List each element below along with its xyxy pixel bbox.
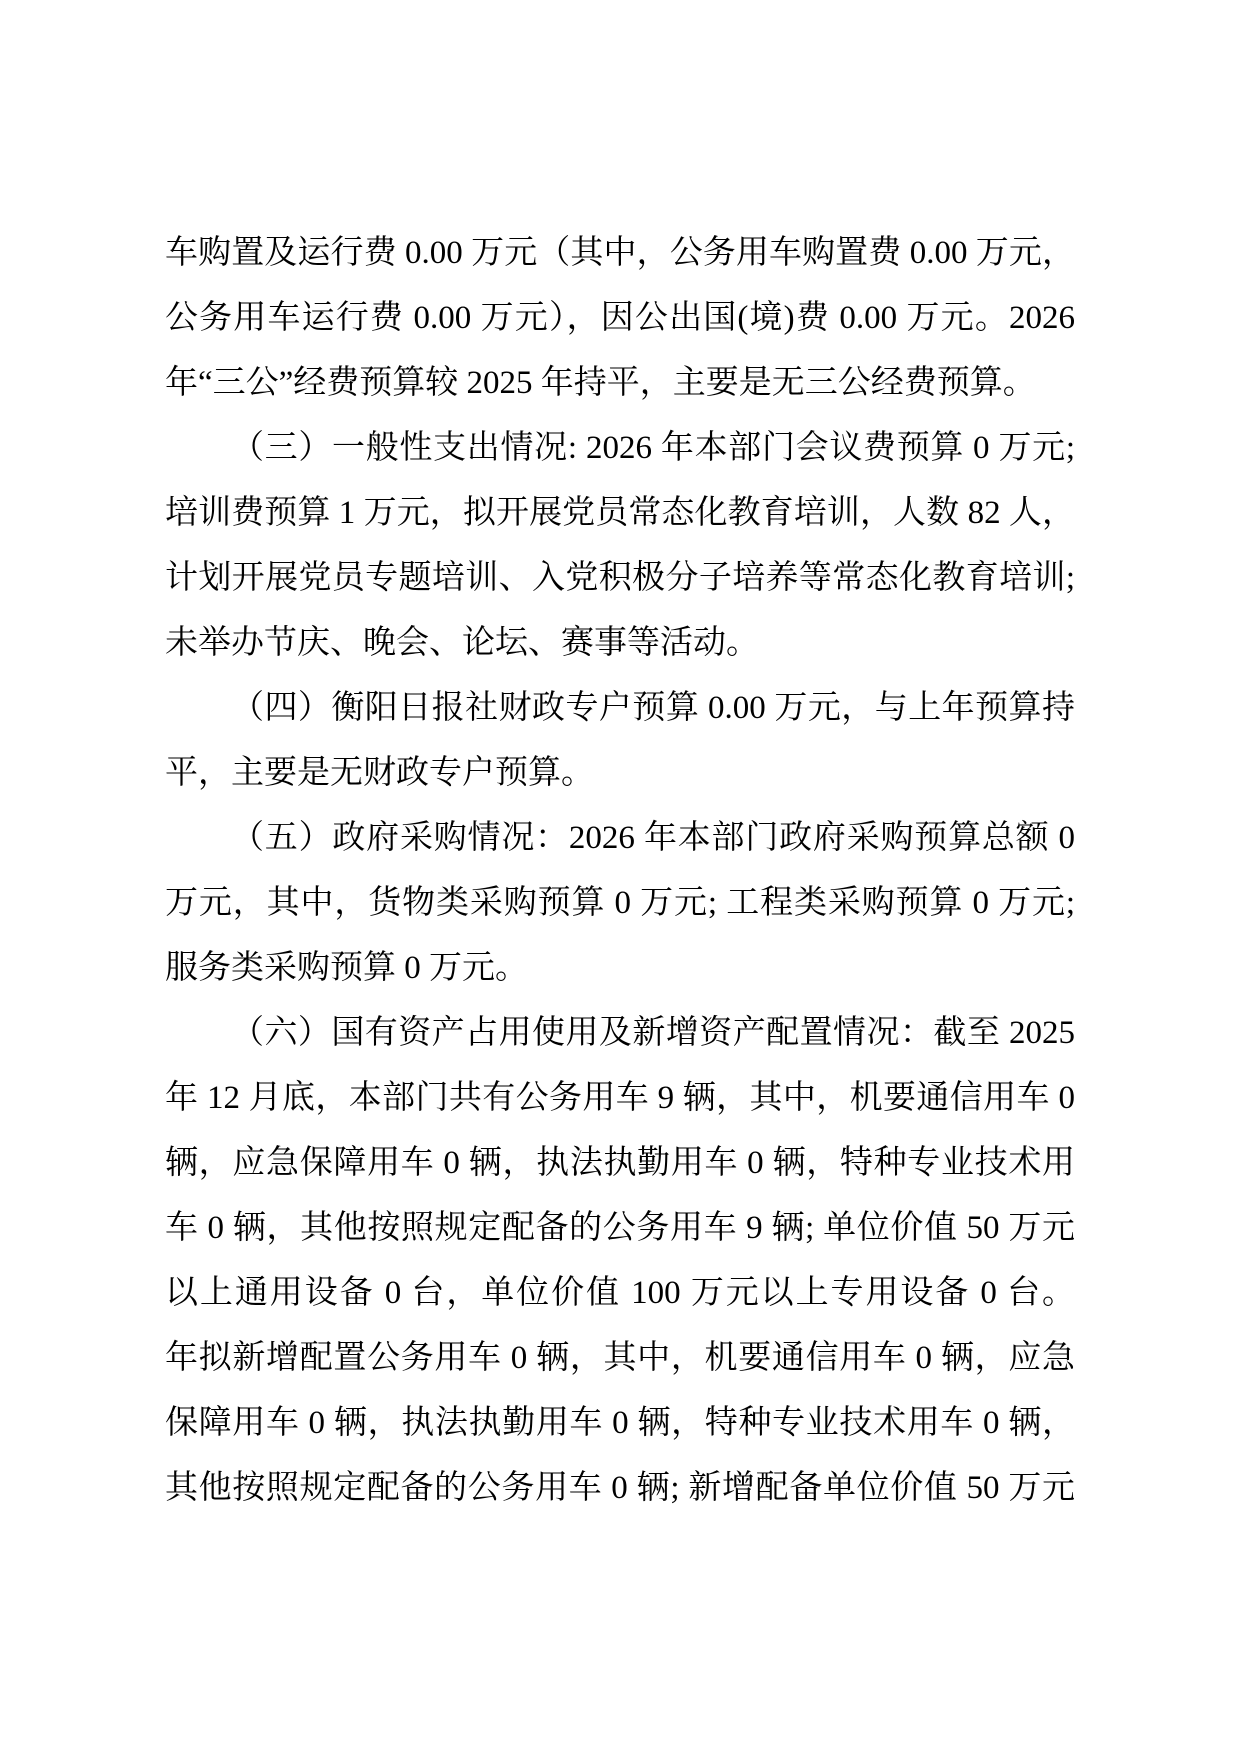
text-line: 平，主要是无财政专户预算。 <box>165 741 1075 806</box>
text-line: 公务用车运行费 0.00 万元），因公出国(境)费 0.00 万元。2026 <box>165 286 1075 351</box>
text-line: 保障用车 0 辆，执法执勤用车 0 辆，特种专业技术用车 0 辆， <box>165 1391 1075 1456</box>
text-line: 年“三公”经费预算较 2025 年持平，主要是无三公经费预算。 <box>165 351 1075 416</box>
text-line: （三）一般性支出情况: 2026 年本部门会议费预算 0 万元; <box>165 416 1075 481</box>
text-line: 服务类采购预算 0 万元。 <box>165 936 1075 1001</box>
text-line: 万元，其中，货物类采购预算 0 万元; 工程类采购预算 0 万元; <box>165 871 1075 936</box>
text-line: 辆，应急保障用车 0 辆，执法执勤用车 0 辆，特种专业技术用 <box>165 1131 1075 1196</box>
text-line: 车购置及运行费 0.00 万元（其中，公务用车购置费 0.00 万元， <box>165 221 1075 286</box>
text-line: 车 0 辆，其他按照规定配备的公务用车 9 辆; 单位价值 50 万元 <box>165 1196 1075 1261</box>
text-line: 其他按照规定配备的公务用车 0 辆; 新增配备单位价值 50 万元 <box>165 1456 1075 1521</box>
text-line: 年 12 月底，本部门共有公务用车 9 辆，其中，机要通信用车 0 <box>165 1066 1075 1131</box>
text-line: （六）国有资产占用使用及新增资产配置情况：截至 2025 <box>165 1001 1075 1066</box>
text-line: 以上通用设备 0 台，单位价值 100 万元以上专用设备 0 台。2026 <box>165 1261 1075 1326</box>
text-line: 年拟新增配置公务用车 0 辆，其中，机要通信用车 0 辆，应急 <box>165 1326 1075 1391</box>
text-line: 未举办节庆、晚会、论坛、赛事等活动。 <box>165 611 1075 676</box>
text-line: （五）政府采购情况：2026 年本部门政府采购预算总额 0 <box>165 806 1075 871</box>
text-line: 计划开展党员专题培训、入党积极分子培养等常态化教育培训; <box>165 546 1075 611</box>
text-line: 培训费预算 1 万元，拟开展党员常态化教育培训，人数 82 人， <box>165 481 1075 546</box>
text-line: （四）衡阳日报社财政专户预算 0.00 万元，与上年预算持 <box>165 676 1075 741</box>
document-body: 车购置及运行费 0.00 万元（其中，公务用车购置费 0.00 万元，公务用车运… <box>165 221 1075 1521</box>
document-page: 车购置及运行费 0.00 万元（其中，公务用车购置费 0.00 万元，公务用车运… <box>0 0 1240 1754</box>
